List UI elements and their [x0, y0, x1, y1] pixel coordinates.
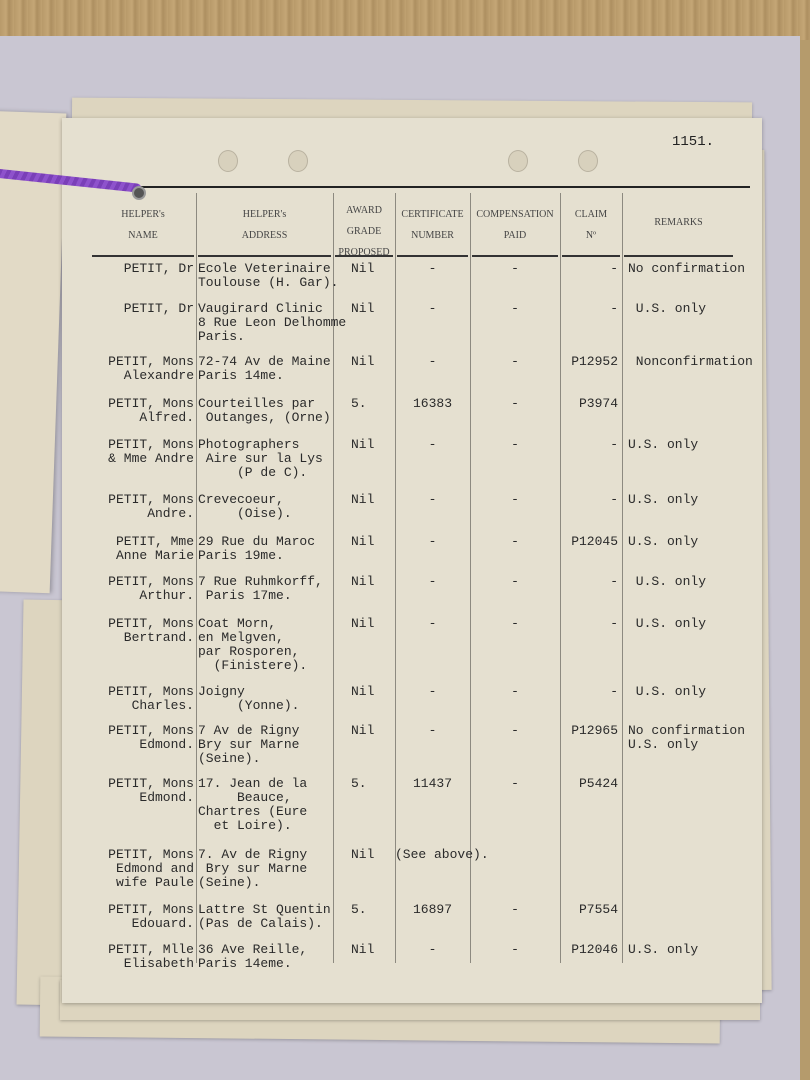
cell-certificate: - — [395, 438, 470, 452]
cell-claim: P3974 — [560, 397, 618, 411]
cell-address: Lattre St Quentin (Pas de Calais). — [198, 903, 335, 931]
header-underline — [335, 255, 393, 257]
cell-remarks: No confirmation — [628, 262, 741, 276]
cell-compensation: - — [470, 493, 560, 507]
cell-claim: - — [560, 575, 618, 589]
cell-compensation: - — [470, 943, 560, 957]
cell-claim: P12045 — [560, 535, 618, 549]
cell-certificate: (See above). — [395, 848, 555, 862]
cell-compensation: - — [470, 724, 560, 738]
cell-compensation: - — [470, 685, 560, 699]
cell-claim: - — [560, 438, 618, 452]
column-header-remarks: REMARKS — [622, 212, 735, 233]
cell-certificate: - — [395, 724, 470, 738]
cell-address: 36 Ave Reille, Paris 14eme. — [198, 943, 335, 971]
column-header-claim: CLAIM Nº — [560, 204, 622, 246]
cell-certificate: - — [395, 535, 470, 549]
column-rule — [196, 193, 197, 963]
cell-address: 7 Rue Ruhmkorff, Paris 17me. — [198, 575, 335, 603]
cell-address: Photographers Aire sur la Lys (P de C). — [198, 438, 335, 480]
header-underline — [562, 255, 620, 257]
cell-claim: P12046 — [560, 943, 618, 957]
cell-remarks: U.S. only — [628, 575, 741, 589]
eyelet — [132, 186, 146, 200]
header-underline — [397, 255, 468, 257]
cell-name: PETIT, Mons Edouard. — [90, 903, 194, 931]
cell-claim: - — [560, 493, 618, 507]
cell-certificate: - — [395, 943, 470, 957]
cell-compensation: - — [470, 575, 560, 589]
cell-name: PETIT, Mons Edmond and wife Paule — [90, 848, 194, 890]
header-underline — [198, 255, 331, 257]
page-number: 1151. — [672, 134, 714, 150]
cell-claim: P12965 — [560, 724, 618, 738]
cell-compensation: - — [470, 777, 560, 791]
cell-address: Crevecoeur, (Oise). — [198, 493, 335, 521]
cell-remarks: No confirmation U.S. only — [628, 724, 741, 752]
cell-name: PETIT, Mons Alexandre — [90, 355, 194, 383]
cell-name: PETIT, Mons Bertrand. — [90, 617, 194, 645]
cell-compensation: - — [470, 262, 560, 276]
cell-name: PETIT, Mons Edmond. — [90, 724, 194, 752]
cell-remarks: U.S. only — [628, 493, 741, 507]
cell-claim: - — [560, 302, 618, 316]
cell-name: PETIT, Mons Edmond. — [90, 777, 194, 805]
cell-certificate: 11437 — [395, 777, 470, 791]
cell-name: PETIT, Mons Andre. — [90, 493, 194, 521]
cell-claim: - — [560, 685, 618, 699]
cell-certificate: - — [395, 685, 470, 699]
cell-remarks: Nonconfirmation — [628, 355, 741, 369]
cell-compensation: - — [470, 438, 560, 452]
top-rule — [138, 186, 750, 188]
punch-hole — [288, 150, 308, 172]
cell-compensation: - — [470, 535, 560, 549]
cell-compensation: - — [470, 903, 560, 917]
cell-compensation: - — [470, 355, 560, 369]
punch-hole — [508, 150, 528, 172]
cell-remarks: U.S. only — [628, 302, 741, 316]
cell-claim: - — [560, 262, 618, 276]
punch-hole — [218, 150, 238, 172]
cell-address: Courteilles par Outanges, (Orne) — [198, 397, 335, 425]
cell-compensation: - — [470, 617, 560, 631]
cell-name: PETIT, Mons Arthur. — [90, 575, 194, 603]
header-underline — [624, 255, 733, 257]
punch-hole — [578, 150, 598, 172]
cell-address: 29 Rue du Maroc Paris 19me. — [198, 535, 335, 563]
mat-edge — [800, 40, 810, 1080]
cell-name: PETIT, Dr — [90, 302, 194, 316]
cell-address: Joigny (Yonne). — [198, 685, 335, 713]
cell-claim: P5424 — [560, 777, 618, 791]
cell-certificate: - — [395, 617, 470, 631]
cell-remarks: U.S. only — [628, 617, 741, 631]
cell-remarks: U.S. only — [628, 535, 741, 549]
cell-certificate: - — [395, 355, 470, 369]
cell-compensation: - — [470, 397, 560, 411]
cell-address: Coat Morn, en Melgven, par Rosporen, (Fi… — [198, 617, 335, 673]
cell-name: PETIT, Mlle Elisabeth — [90, 943, 194, 971]
cell-compensation: - — [470, 302, 560, 316]
column-header-address: HELPER's ADDRESS — [196, 204, 333, 246]
cell-certificate: - — [395, 575, 470, 589]
cell-claim: - — [560, 617, 618, 631]
column-header-certificate: CERTIFICATE NUMBER — [395, 204, 470, 246]
cell-address: Ecole Veterinaire Toulouse (H. Gar). — [198, 262, 335, 290]
column-rule — [622, 193, 623, 963]
cell-certificate: 16383 — [395, 397, 470, 411]
cell-address: Vaugirard Clinic 8 Rue Leon Delhomme Par… — [198, 302, 335, 344]
cell-name: PETIT, Mons & Mme Andre — [90, 438, 194, 466]
cell-remarks: U.S. only — [628, 943, 741, 957]
cell-name: PETIT, Mme Anne Marie — [90, 535, 194, 563]
cell-claim: P7554 — [560, 903, 618, 917]
cell-claim: P12952 — [560, 355, 618, 369]
cell-address: 72-74 Av de Maine Paris 14me. — [198, 355, 335, 383]
cell-remarks: U.S. only — [628, 438, 741, 452]
column-header-name: HELPER's NAME — [90, 204, 196, 246]
cell-remarks: U.S. only — [628, 685, 741, 699]
cell-address: 17. Jean de la Beauce, Chartres (Eure et… — [198, 777, 335, 833]
cell-name: PETIT, Mons Charles. — [90, 685, 194, 713]
cell-certificate: 16897 — [395, 903, 470, 917]
header-underline — [472, 255, 558, 257]
cell-address: 7. Av de Rigny Bry sur Marne (Seine). — [198, 848, 335, 890]
cell-name: PETIT, Dr — [90, 262, 194, 276]
column-header-award: AWARD GRADE PROPOSED — [333, 200, 395, 263]
column-header-compensation: COMPENSATION PAID — [470, 204, 560, 246]
cell-certificate: - — [395, 302, 470, 316]
header-underline — [92, 255, 194, 257]
cell-address: 7 Av de Rigny Bry sur Marne (Seine). — [198, 724, 335, 766]
cell-certificate: - — [395, 262, 470, 276]
cell-certificate: - — [395, 493, 470, 507]
cell-name: PETIT, Mons Alfred. — [90, 397, 194, 425]
